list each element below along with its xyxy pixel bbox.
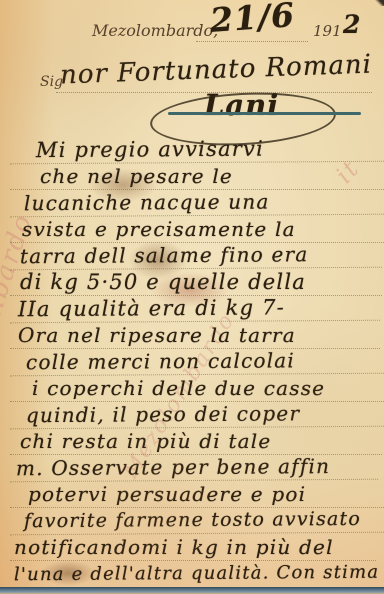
manuscript-line: tarra dell salame fino era bbox=[10, 241, 382, 271]
manuscript-line: IIa qualità era di kg 7- bbox=[10, 294, 380, 324]
manuscript-line: Ora nel ripesare la tarra bbox=[10, 322, 380, 349]
manuscript-line: i coperchi delle due casse bbox=[10, 375, 384, 402]
manuscript-line: l'una e dell'altra qualità. Con stima f. bbox=[10, 559, 376, 588]
manuscript-line: che nel pesare le bbox=[10, 163, 384, 190]
manuscript-line: favorite farmene tosto avvisato bbox=[10, 506, 384, 536]
postcard: Mezolombardo Mezolombardo it Mezolombard… bbox=[0, 0, 384, 594]
manuscript-line: colle merci non calcolai bbox=[10, 347, 384, 377]
handwritten-year-digit: 2 bbox=[343, 10, 361, 39]
manuscript-line: svista e precisamente la bbox=[10, 216, 384, 243]
manuscript-line: notificandomi i kg in più del bbox=[10, 534, 376, 561]
handwritten-addressee: nor Fortunato Romani bbox=[60, 50, 373, 91]
manuscript-line: di kg 5·50 e quelle della bbox=[10, 269, 382, 296]
manuscript-line: m. Osservate per bene affin bbox=[10, 453, 378, 483]
manuscript-line: lucaniche nacque una bbox=[10, 188, 384, 218]
manuscript-line: potervi persuadere e poi bbox=[10, 481, 384, 508]
manuscript-line: chi resta in più di tale bbox=[10, 428, 382, 455]
printed-year-label: 191 bbox=[313, 22, 342, 40]
handwritten-date: 21/6 bbox=[209, 0, 296, 40]
manuscript-line: quindi, il peso dei coper bbox=[10, 400, 384, 430]
printed-rule-line bbox=[168, 112, 361, 115]
date-rule bbox=[196, 41, 308, 42]
scan-edge-strip bbox=[0, 587, 384, 594]
manuscript-line: Mi pregio avvisarvi bbox=[10, 135, 384, 165]
scan-corner-mark bbox=[374, 0, 384, 6]
printed-place-label: Mezolombardo, bbox=[92, 21, 218, 40]
